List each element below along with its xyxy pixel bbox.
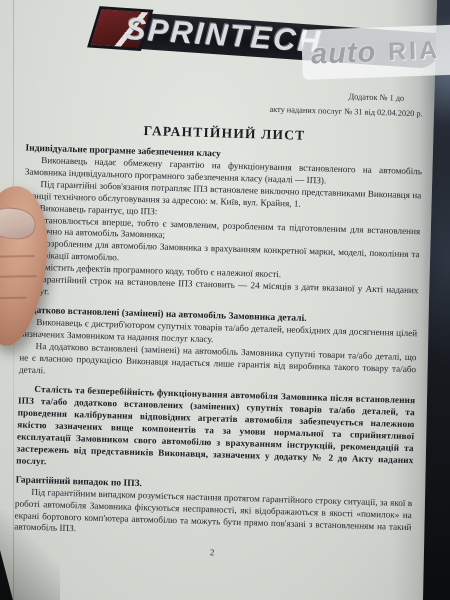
auto-ria-watermark: auto RIA — [301, 24, 450, 80]
paper-sheet: SPRINTECH Додаток № 1 до акту наданих по… — [0, 0, 450, 600]
section-stability-clause: Сталість та безперебійність функціонуван… — [16, 384, 415, 479]
thumb-crease — [0, 255, 35, 258]
section-installed-parts: Додатково встановлені (замінені) на авто… — [19, 305, 418, 387]
section-warranty-case: Гарантійний випадок по ІПЗ. Під гарантій… — [14, 475, 413, 545]
thumb-crease — [0, 297, 27, 300]
photo-of-warranty-document: SPRINTECH Додаток № 1 до акту наданих по… — [0, 0, 450, 600]
bold-paragraph: Сталість та безперебійність функціонуван… — [16, 384, 415, 479]
watermark-ria-text: RIA — [388, 36, 441, 67]
thumb-crease — [0, 275, 37, 278]
document-title: ГАРАНТІЙНИЙ ЛИСТ — [26, 120, 423, 148]
page-number: 2 — [14, 542, 411, 564]
section-software-warranty: Індивідуальне програмне забезпечення кла… — [21, 144, 422, 310]
appendix-header: Додаток № 1 до акту наданих послуг № 31 … — [27, 80, 425, 123]
watermark-auto-text: auto — [310, 36, 376, 71]
thumb-nail — [0, 206, 37, 242]
logo-brand-text: SPRINTECH — [124, 11, 323, 60]
document-content: SPRINTECH Додаток № 1 до акту наданих по… — [14, 0, 427, 564]
